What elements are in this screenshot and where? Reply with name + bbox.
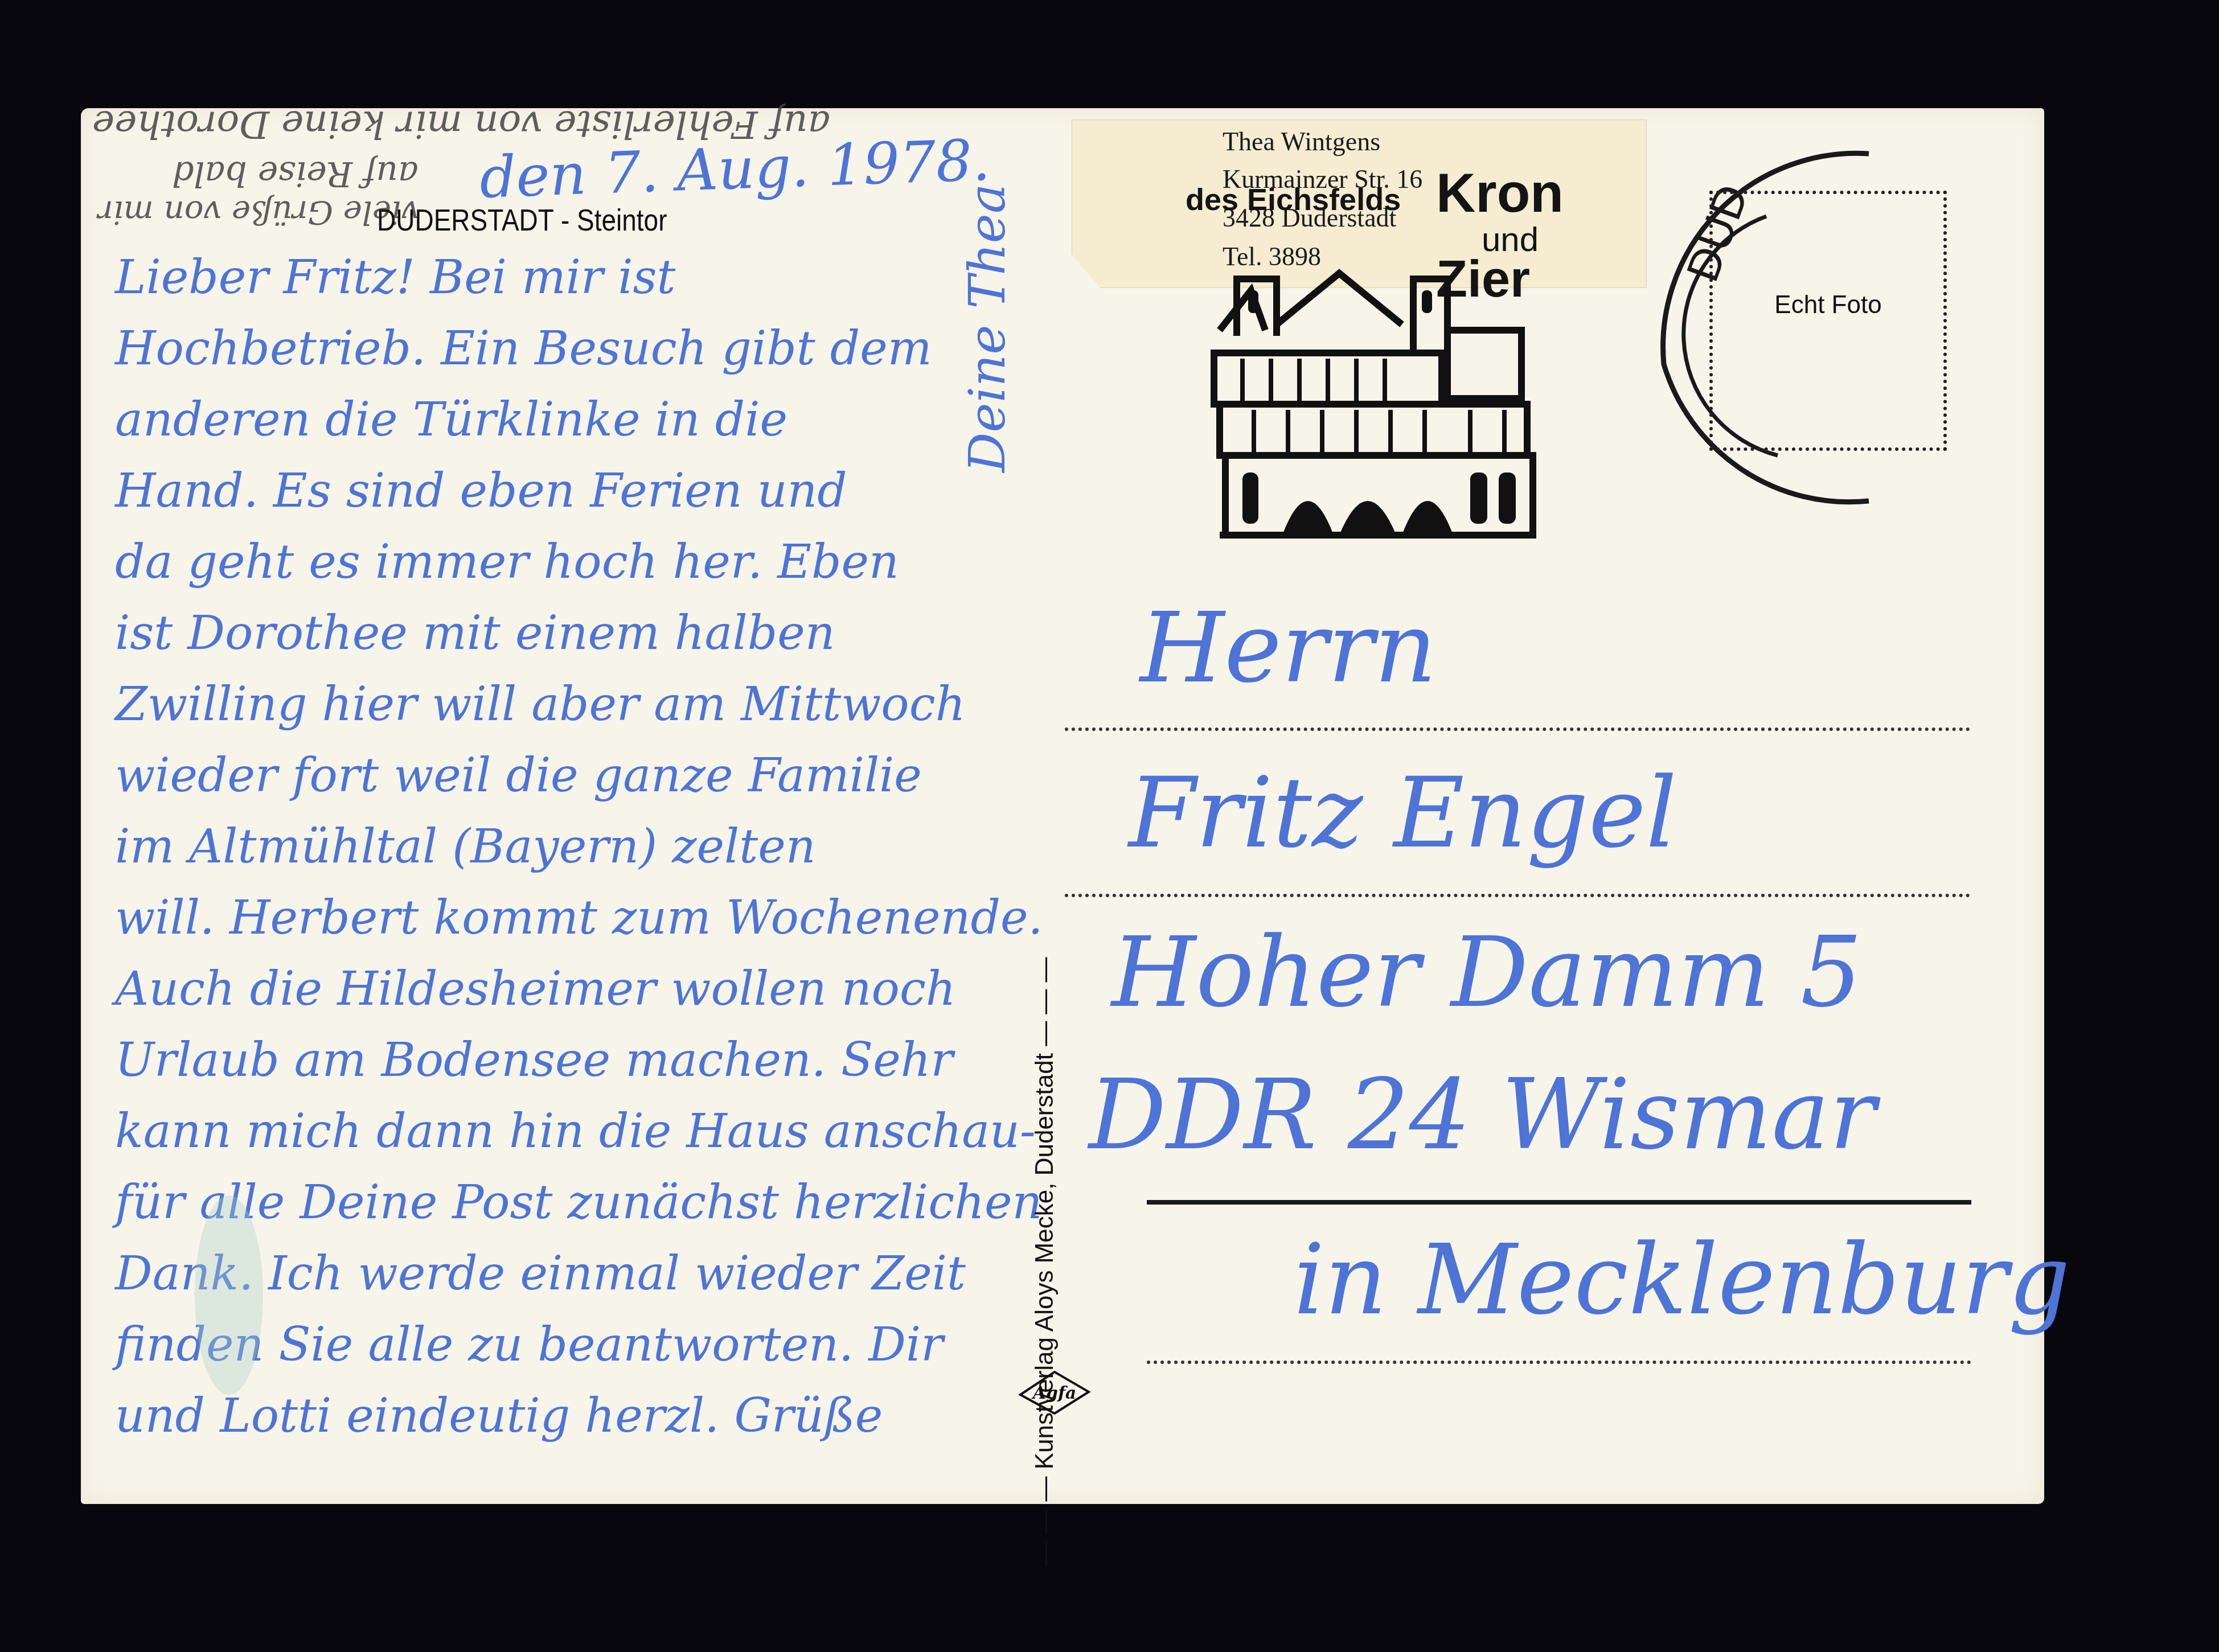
- stamp-area: Echt Foto: [1709, 191, 1947, 451]
- town-hall-illustration-icon: [1197, 268, 1539, 552]
- postcard-caption: DUDERSTADT - Steintor: [377, 203, 667, 238]
- publisher-imprint: — — — Kunstverlag Aloys Mecke, Duderstad…: [1031, 957, 1059, 1565]
- water-stain: [195, 1195, 263, 1395]
- message-line: da geht es immer hoch her. Eben: [115, 535, 899, 589]
- address-rule-city: [1147, 1200, 1971, 1205]
- recipient-salutation: Herrn: [1140, 592, 1437, 705]
- pencil-note-3: viele Grüße von mir: [98, 194, 419, 231]
- message-line: Lieber Fritz! Bei mir ist: [115, 250, 676, 305]
- stamp-box-label: Echt Foto: [1713, 291, 1943, 319]
- message-line: Zwilling hier will aber am Mittwoch: [115, 677, 965, 732]
- message-line: anderen die Türklinke in die: [115, 393, 787, 447]
- cancel-slogan-2: Kron: [1436, 162, 1564, 225]
- recipient-street: Hoher Damm 5: [1111, 917, 1862, 1029]
- address-rule-4: [1147, 1361, 1971, 1364]
- agfa-logo-icon: Agfa: [1015, 1369, 1094, 1415]
- recipient-region: in Mecklenburg: [1294, 1224, 2070, 1337]
- message-line: wieder fort weil die ganze Familie: [115, 749, 922, 803]
- message-line: Hand. Es sind eben Ferien und: [115, 464, 847, 518]
- address-rule-2: [1065, 894, 1970, 897]
- message-line: im Altmühltal (Bayern) zelten: [115, 820, 815, 874]
- message-line: will. Herbert kommt zum Wochenende.: [115, 891, 1043, 945]
- cancel-slogan-1: des Eichsfelds: [1186, 182, 1401, 217]
- message-line: kann mich dann hin die Haus anschau-: [115, 1104, 1036, 1158]
- side-note-signature: Deine Thea: [958, 184, 1016, 472]
- pencil-note-2: auf Reise bald: [172, 154, 419, 194]
- message-line: ist Dorothee mit einem halben: [115, 606, 835, 660]
- recipient-city: DDR 24 Wismar: [1089, 1059, 1876, 1172]
- agfa-text: Agfa: [1031, 1383, 1077, 1403]
- recipient-name: Fritz Engel: [1129, 757, 1677, 870]
- message-line: Auch die Hildesheimer wollen noch: [115, 962, 956, 1016]
- message-line: Urlaub am Bodensee machen. Sehr: [115, 1033, 953, 1087]
- message-line: für alle Deine Post zunächst herzlichen: [115, 1176, 1042, 1230]
- sender-name: Thea Wintgens: [1223, 126, 1380, 157]
- message-line: und Lotti eindeutig herzl. Grüße: [115, 1389, 883, 1443]
- postcard-back: auf Fehlerliste von mir keine Dorothee a…: [81, 108, 2044, 1504]
- address-rule-1: [1065, 728, 1970, 731]
- message-line: Hochbetrieb. Ein Besuch gibt dem: [115, 322, 932, 376]
